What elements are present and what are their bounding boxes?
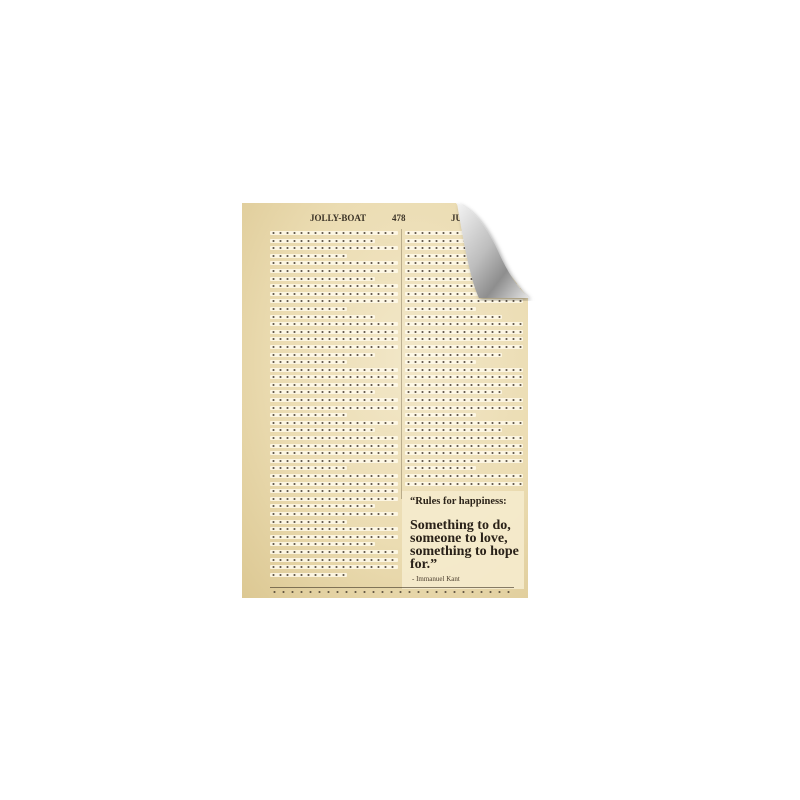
quote-intro: “Rules for happiness: — [410, 496, 507, 507]
illegible-text-line — [270, 277, 375, 281]
document-page: JOLLY-BOAT 478 JU “Rules for happiness: … — [242, 203, 528, 598]
illegible-text-line — [270, 383, 398, 387]
illegible-text-line — [270, 337, 398, 341]
illegible-text-line — [405, 421, 523, 425]
illegible-text-line — [270, 330, 398, 334]
quote-box: “Rules for happiness: Something to do, s… — [402, 491, 524, 589]
illegible-text-line — [270, 368, 398, 372]
illegible-text-line — [405, 353, 502, 357]
illegible-text-line — [270, 284, 398, 288]
illegible-text-line — [270, 299, 398, 303]
illegible-text-line — [270, 527, 398, 531]
illegible-text-line — [405, 444, 523, 448]
illegible-text-line — [270, 436, 398, 440]
illegible-text-line — [270, 451, 398, 455]
illegible-text-line — [270, 520, 347, 524]
illegible-text-line — [270, 239, 375, 243]
illegible-text-line — [270, 489, 398, 493]
illegible-text-line — [270, 497, 398, 501]
illegible-text-line — [270, 315, 375, 319]
illegible-text-line — [270, 345, 398, 349]
illegible-text-line — [405, 459, 523, 463]
illegible-text-line — [270, 360, 347, 364]
footer-text-line — [270, 590, 514, 594]
illegible-text-line — [270, 413, 347, 417]
header-page-number: 478 — [392, 213, 406, 223]
illegible-text-line — [270, 573, 347, 577]
footer-rule — [270, 587, 514, 588]
illegible-text-line — [405, 322, 523, 326]
text-column-left — [270, 231, 398, 580]
illegible-text-line — [270, 474, 398, 478]
quote-author: - Immanuel Kant — [412, 575, 460, 583]
illegible-text-line — [405, 375, 523, 379]
illegible-text-line — [270, 254, 347, 258]
column-divider — [401, 229, 402, 499]
illegible-text-line — [405, 307, 476, 311]
illegible-text-line — [405, 474, 523, 478]
illegible-text-line — [405, 451, 523, 455]
illegible-text-line — [270, 261, 398, 265]
header-guide-word-left: JOLLY-BOAT — [310, 213, 366, 223]
illegible-text-line — [270, 307, 347, 311]
illegible-text-line — [270, 558, 398, 562]
illegible-text-line — [405, 482, 523, 486]
illegible-text-line — [270, 466, 347, 470]
illegible-text-line — [270, 482, 398, 486]
illegible-text-line — [270, 565, 398, 569]
illegible-text-line — [405, 413, 476, 417]
illegible-text-line — [270, 550, 398, 554]
illegible-text-line — [270, 292, 398, 296]
illegible-text-line — [270, 390, 375, 394]
illegible-text-line — [405, 345, 523, 349]
illegible-text-line — [405, 315, 502, 319]
illegible-text-line — [405, 360, 476, 364]
illegible-text-line — [270, 398, 398, 402]
illegible-text-line — [405, 466, 476, 470]
illegible-text-line — [405, 428, 502, 432]
quote-body: Something to do, someone to love, someth… — [410, 519, 528, 571]
illegible-text-line — [405, 390, 502, 394]
illegible-text-line — [270, 269, 398, 273]
illegible-text-line — [270, 428, 375, 432]
page-curl-icon — [455, 201, 535, 301]
illegible-text-line — [405, 436, 523, 440]
illegible-text-line — [405, 383, 523, 387]
illegible-text-line — [270, 535, 398, 539]
illegible-text-line — [270, 542, 375, 546]
illegible-text-line — [270, 322, 398, 326]
illegible-text-line — [270, 444, 398, 448]
illegible-text-line — [270, 353, 375, 357]
illegible-text-line — [270, 406, 398, 410]
illegible-text-line — [270, 421, 398, 425]
illegible-text-line — [270, 512, 398, 516]
illegible-text-line — [405, 330, 523, 334]
illegible-text-line — [270, 231, 398, 235]
illegible-text-line — [270, 459, 398, 463]
illegible-text-line — [405, 368, 523, 372]
illegible-text-line — [405, 406, 523, 410]
illegible-text-line — [270, 375, 398, 379]
illegible-text-line — [270, 246, 398, 250]
illegible-text-line — [405, 398, 523, 402]
illegible-text-line — [405, 337, 523, 341]
illegible-text-line — [270, 504, 375, 508]
